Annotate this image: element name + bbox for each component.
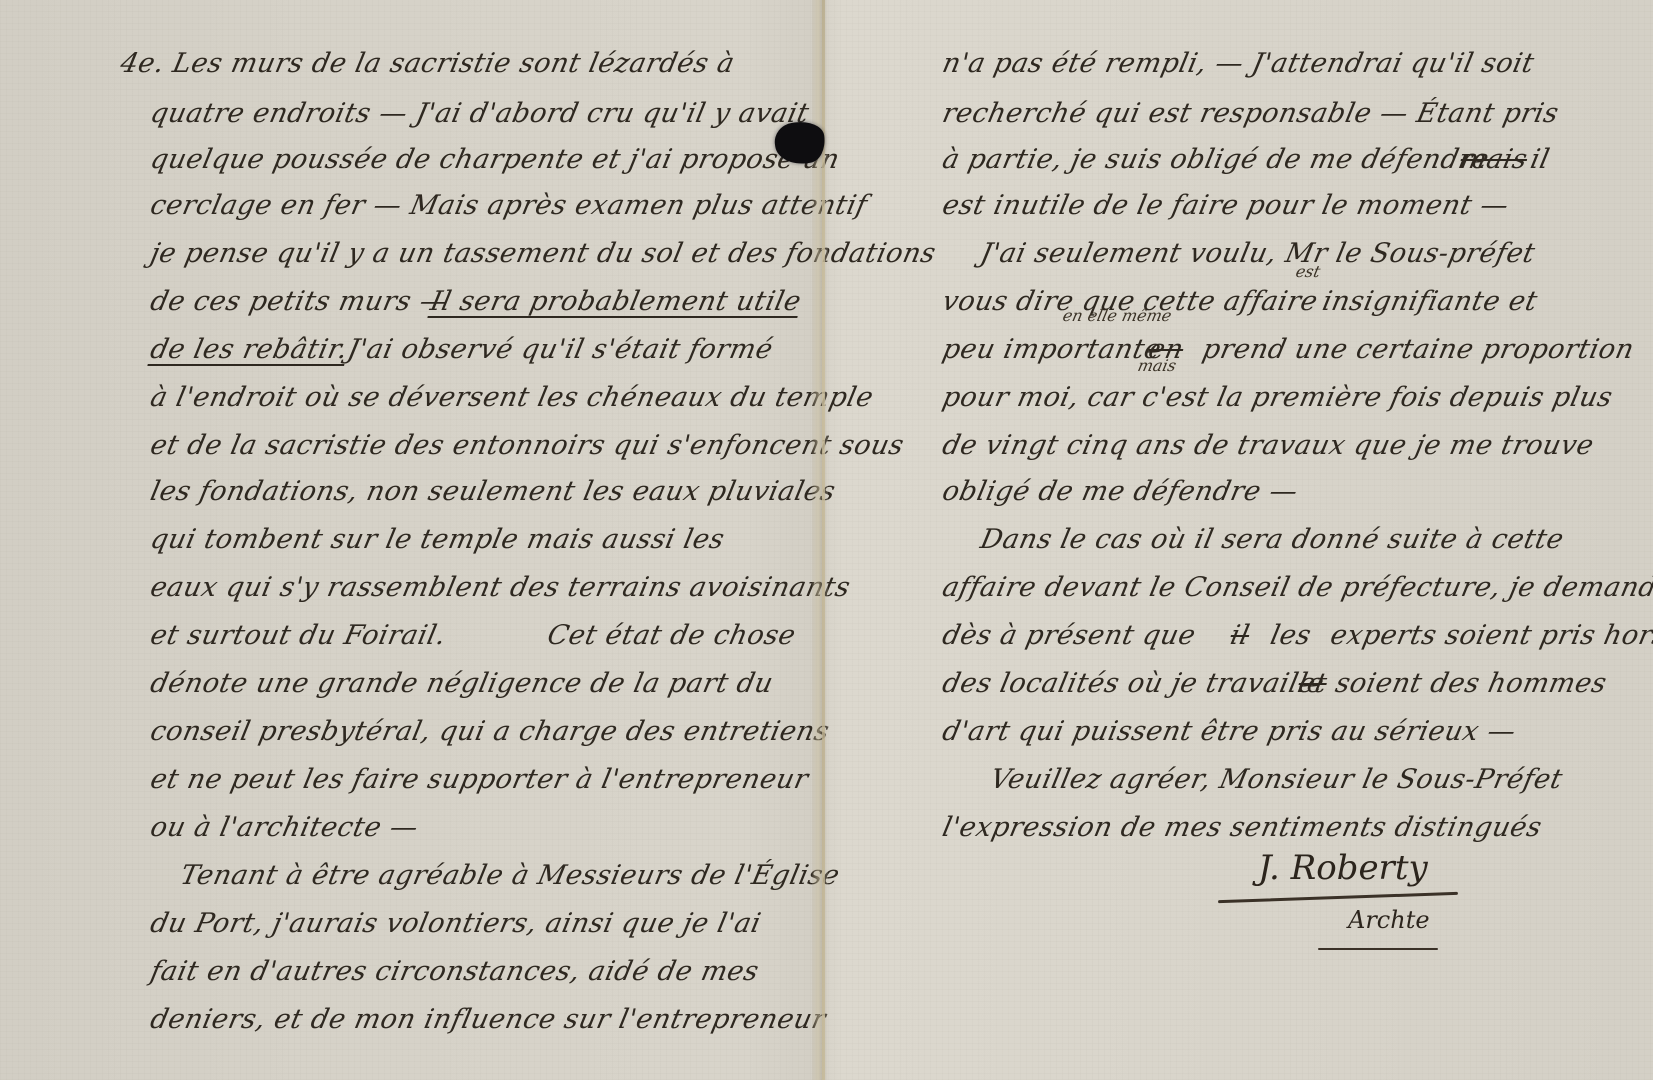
paragraph-start: Dans le cas où il sera donné suite à cet…	[978, 526, 1566, 553]
closing-formula: l'expression de mes sentiments distingué…	[940, 814, 1544, 841]
signature-underline	[1318, 948, 1438, 950]
right-page: n'a pas été rempli, — J'attendrai qu'il …	[828, 0, 1653, 1080]
paragraph-start: J'ai seulement voulu, Mr le Sous-préfet	[978, 240, 1538, 267]
text-line: les	[1268, 622, 1314, 649]
letter-spread: 4e. Les murs de la sacristie sont lézard…	[0, 0, 1653, 1080]
text-line: est inutile de le faire pour le moment —	[940, 192, 1511, 219]
text-line: peu importante	[940, 336, 1164, 363]
interlinear-insertion: mais	[1136, 356, 1178, 375]
signature-title: Archte	[1348, 906, 1430, 934]
text-line: de vingt cinq ans de travaux que je me t…	[940, 432, 1596, 459]
text-line: prend une certaine proportion	[1200, 336, 1637, 363]
text-line: experts soient pris hors	[1328, 622, 1653, 649]
interlinear-insertion: est	[1294, 262, 1322, 281]
text-line: à partie, je suis obligé de me défendre	[940, 146, 1492, 173]
text-line: soient des hommes	[1333, 670, 1609, 697]
closing-formula: Veuillez agréer, Monsieur le Sous-Préfet	[988, 766, 1565, 793]
struck-text: il	[1228, 622, 1252, 649]
struck-text: mais	[1458, 146, 1530, 173]
interlinear-insertion: en elle même	[1061, 306, 1173, 325]
fold-crease	[822, 0, 825, 1080]
signature-name: J. Roberty	[1258, 848, 1428, 888]
text-line: insignifiante et	[1320, 288, 1540, 315]
text-line: pour moi, car c'est la première fois dep…	[940, 384, 1615, 411]
text-line: obligé de me défendre —	[940, 478, 1300, 505]
text-line: affaire devant le Conseil de préfecture,…	[940, 574, 1653, 601]
page-fold	[812, 0, 828, 1080]
struck-text: et	[1296, 670, 1330, 697]
text-line: recherché qui est responsable — Étant pr…	[940, 100, 1561, 127]
signature-flourish	[1218, 892, 1458, 903]
text-line: il	[1528, 146, 1552, 173]
text-line: dès à présent que	[940, 622, 1198, 649]
text-line: d'art qui puissent être pris au sérieux …	[940, 718, 1518, 745]
text-line: n'a pas été rempli, — J'attendrai qu'il …	[940, 50, 1537, 77]
text-line: des localités où je travaille	[940, 670, 1327, 697]
left-page-lower	[0, 0, 825, 1080]
